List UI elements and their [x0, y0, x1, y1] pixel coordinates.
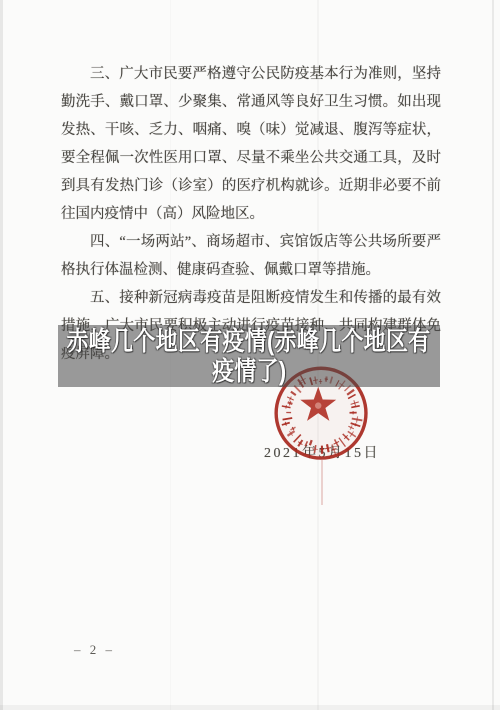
paragraph-item-4: 四、“一场两站”、商场超市、宾馆饭店等公共场所要严格执行体温检测、健康码查验、佩…: [61, 228, 441, 284]
scanned-document-page: 三、广大市民要严格遵守公民防疫基本行为准则，坚持勤洗手、戴口罩、少聚集、常通风等…: [0, 0, 500, 710]
page-left-edge-shadow: [0, 0, 3, 710]
headline-overlay-band: 赤峰几个地区有疫情(赤峰几个地区有 疫情了): [58, 325, 440, 387]
page-bottom-edge-shadow: [0, 705, 500, 710]
page-right-edge-shadow: [492, 0, 494, 710]
document-body-text: 三、广大市民要严格遵守公民防疫基本行为准则，坚持勤洗手、戴口罩、少聚集、常通风等…: [61, 60, 441, 368]
page-number: – 2 –: [74, 642, 115, 658]
headline-line-1: 赤峰几个地区有疫情(赤峰几个地区有: [67, 326, 431, 356]
headline-line-2: 疫情了): [212, 356, 286, 386]
seal-star-highlight: [315, 402, 321, 408]
paragraph-item-3: 三、广大市民要严格遵守公民防疫基本行为准则，坚持勤洗手、戴口罩、少聚集、常通风等…: [61, 60, 441, 228]
